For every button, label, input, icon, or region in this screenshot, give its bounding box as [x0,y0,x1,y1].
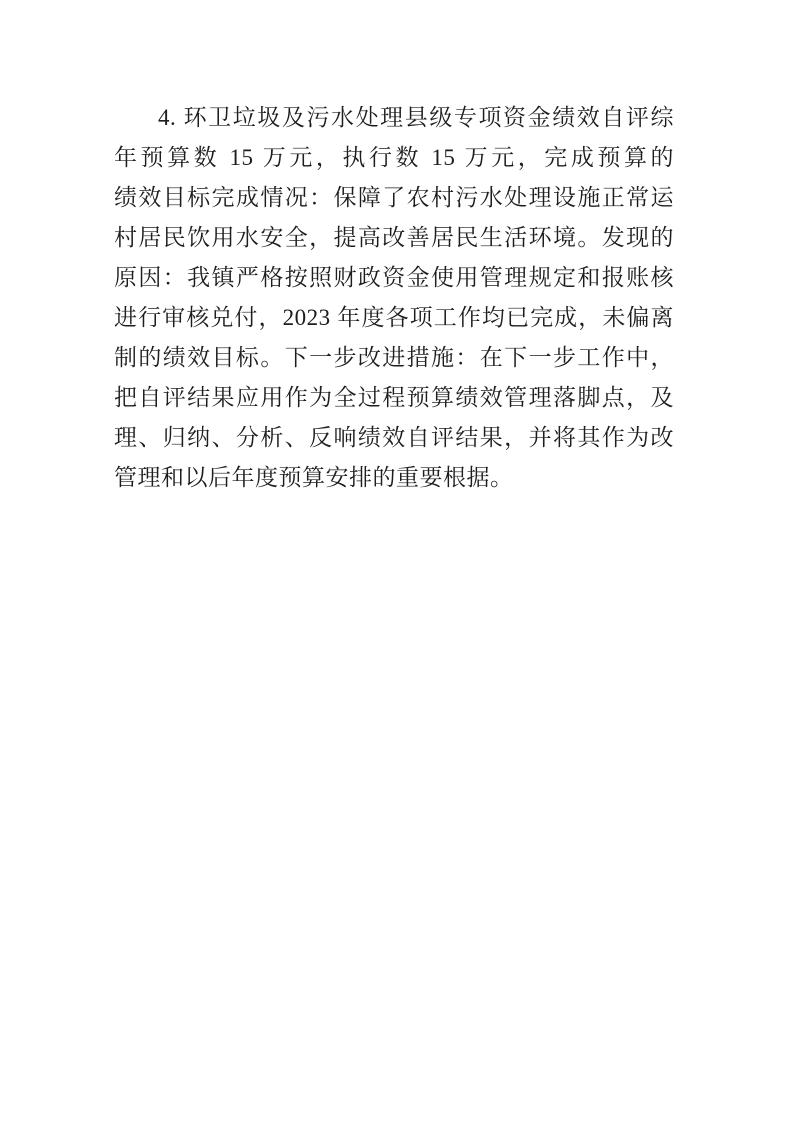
text-line: 制的绩效目标。下一步改进措施：在下一步工作中，我镇将 [114,338,674,378]
text-line: 理、归纳、分析、反响绩效自评结果，并将其作为改良预算 [114,418,674,458]
text-line: 进行审核兑付，2023 年度各项工作均已完成，未偏离年初编 [114,298,674,338]
text-line: 村居民饮用水安全，提高改善居民生活环境。发现的问题及 [114,218,674,258]
self-evaluation-paragraph: 4. 环卫垃圾及污水处理县级专项资金绩效自评综述：全 年预算数 15 万元，执行… [114,98,674,498]
text-line: 原因：我镇严格按照财政资金使用管理规定和报账核销程序 [114,258,674,298]
text-line: 年预算数 15 万元，执行数 15 万元，完成预算的 100%。项目 [114,138,674,178]
text-line: 4. 环卫垃圾及污水处理县级专项资金绩效自评综述：全 [114,98,674,138]
text-line: 管理和以后年度预算安排的重要根据。 [114,458,674,498]
text-line: 把自评结果应用作为全过程预算绩效管理落脚点，及时整 [114,378,674,418]
text-line: 绩效目标完成情况：保障了农村污水处理设施正常运转和农 [114,178,674,218]
document-page: 4. 环卫垃圾及污水处理县级专项资金绩效自评综述：全 年预算数 15 万元，执行… [0,0,793,1122]
